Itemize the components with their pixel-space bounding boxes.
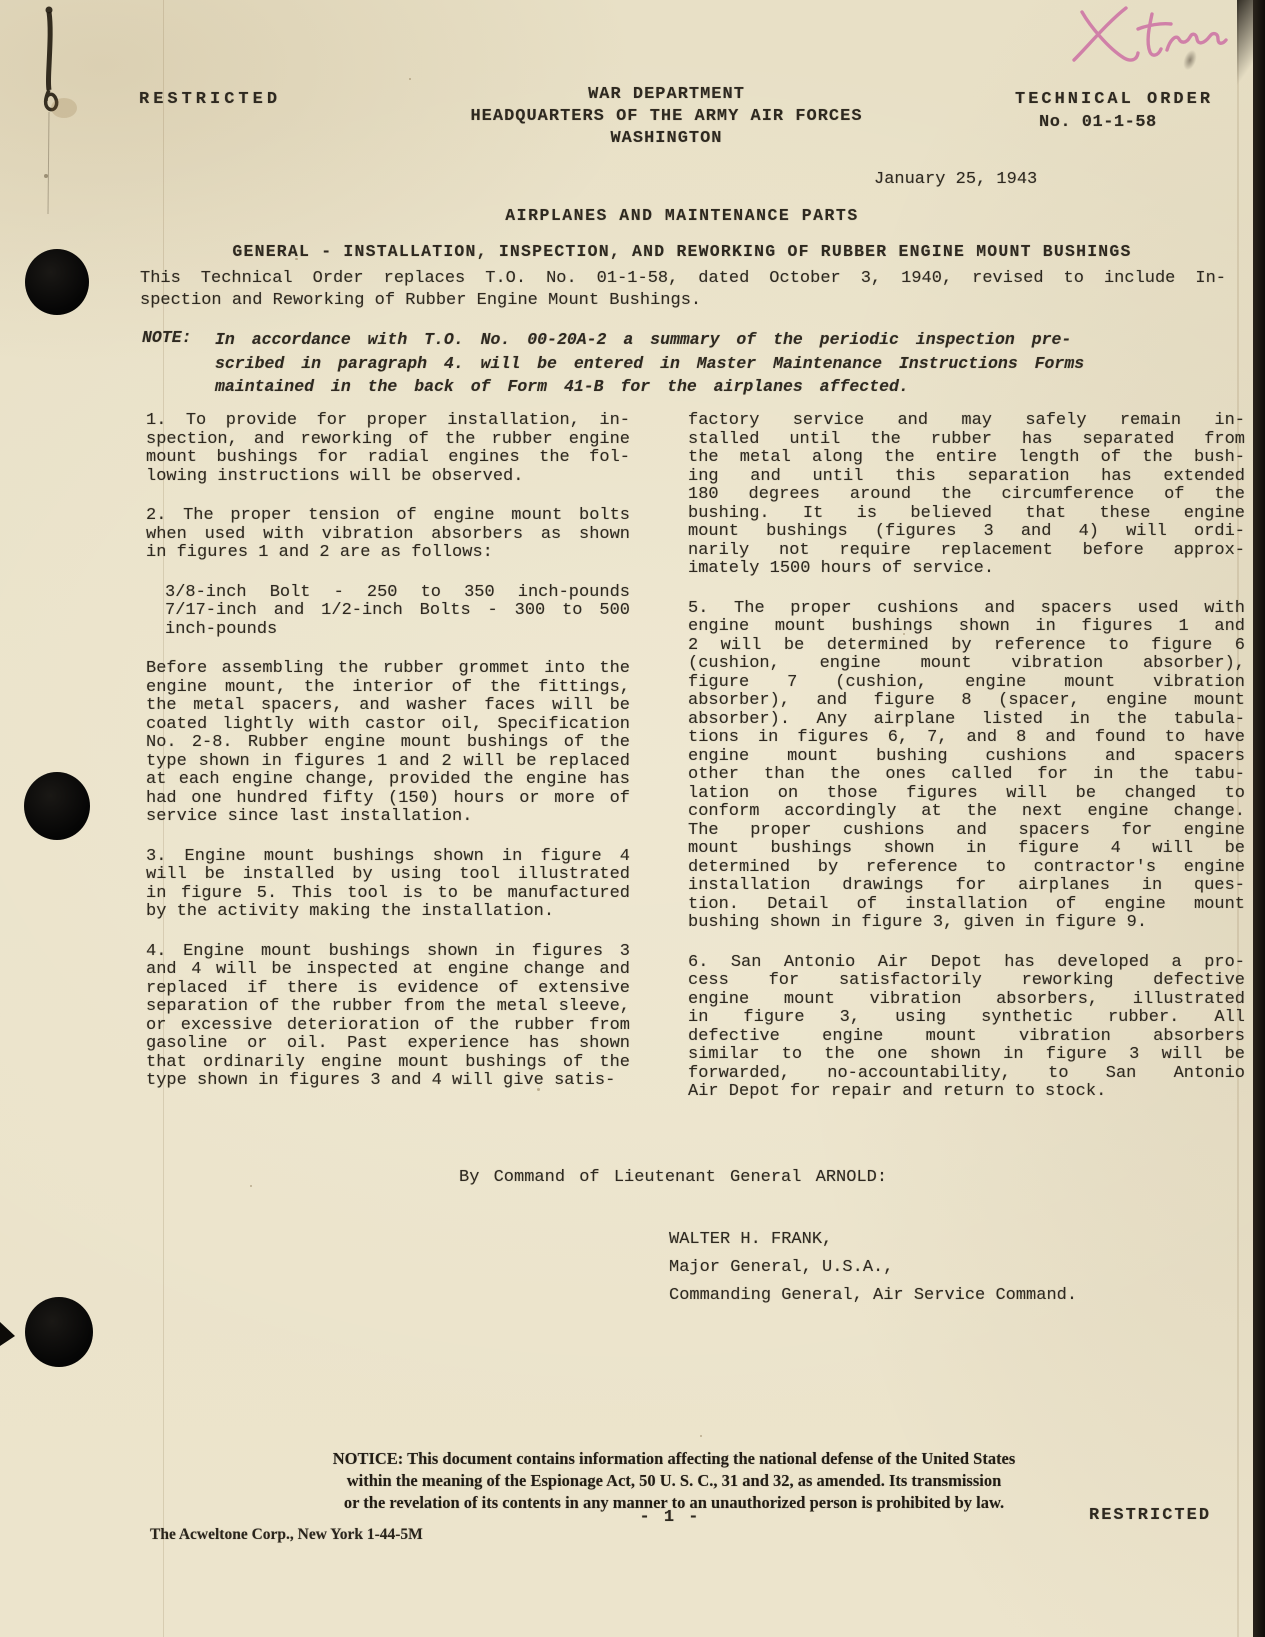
paragraph-2: 2. The proper tension of engine mount bo… — [146, 507, 630, 563]
paragraph-5: 5. The proper cushions and spacers used … — [688, 600, 1245, 933]
paragraph-3: 3. Engine mount bushings shown in figure… — [146, 848, 630, 922]
paragraph-4-continued: factory service and may safely remain in… — [688, 412, 1245, 579]
technical-order-number: No. 01-1-58 — [1015, 111, 1213, 134]
by-command-line: By Command of Lieutenant General ARNOLD: — [459, 1168, 887, 1187]
scan-edge-right — [1253, 0, 1265, 1637]
bolt-torque-spec: 3/8-inch Bolt - 250 to 350 inch-pounds7/… — [146, 584, 630, 640]
intro-paragraph: This Technical Order replaces T.O. No. 0… — [140, 268, 1226, 312]
paragraph-6: 6. San Antonio Air Depot has developed a… — [688, 954, 1245, 1102]
paragraph-1: 1. To provide for proper installation, i… — [146, 412, 630, 486]
signature-block: WALTER H. FRANK,Major General, U.S.A.,Co… — [669, 1226, 1077, 1310]
punch-hole — [25, 1297, 93, 1367]
issue-date: January 25, 1943 — [874, 170, 1037, 189]
column-right: factory service and may safely remain in… — [688, 412, 1245, 1123]
column-left: 1. To provide for proper installation, i… — [146, 412, 630, 1112]
document-page: RESTRICTED WAR DEPARTMENT HEADQUARTERS O… — [0, 0, 1265, 1637]
paragraph-2-continued: Before assembling the rubber grommet int… — [146, 660, 630, 827]
paper-speck — [409, 78, 411, 80]
note-label: NOTE: — [142, 328, 215, 399]
paragraph-4: 4. Engine mount bushings shown in figure… — [146, 943, 630, 1091]
note-text: In accordance with T.O. No. 00-20A-2 a s… — [215, 328, 1084, 399]
note-block: NOTE: In accordance with T.O. No. 00-20A… — [142, 328, 1152, 399]
document-title: AIRPLANES AND MAINTENANCE PARTS — [505, 206, 858, 225]
document-subject: GENERAL - INSTALLATION, INSPECTION, AND … — [232, 242, 1131, 261]
paper-speck — [700, 1435, 702, 1437]
classification-bottom: RESTRICTED — [1089, 1506, 1211, 1525]
printer-imprint: The Acweltone Corp., New York 1-44-5M — [150, 1526, 423, 1544]
paper-speck — [250, 1185, 252, 1187]
punch-hole — [24, 772, 90, 840]
espionage-notice: NOTICE: This document contains informati… — [318, 1448, 1030, 1514]
technical-order-label: TECHNICAL ORDER — [1015, 88, 1213, 111]
paper-tear-mark — [0, 1322, 15, 1346]
handwritten-annotation — [1064, 2, 1229, 70]
page-number: - 1 - — [620, 1508, 720, 1527]
technical-order-block: TECHNICAL ORDER No. 01-1-58 — [1015, 88, 1213, 134]
